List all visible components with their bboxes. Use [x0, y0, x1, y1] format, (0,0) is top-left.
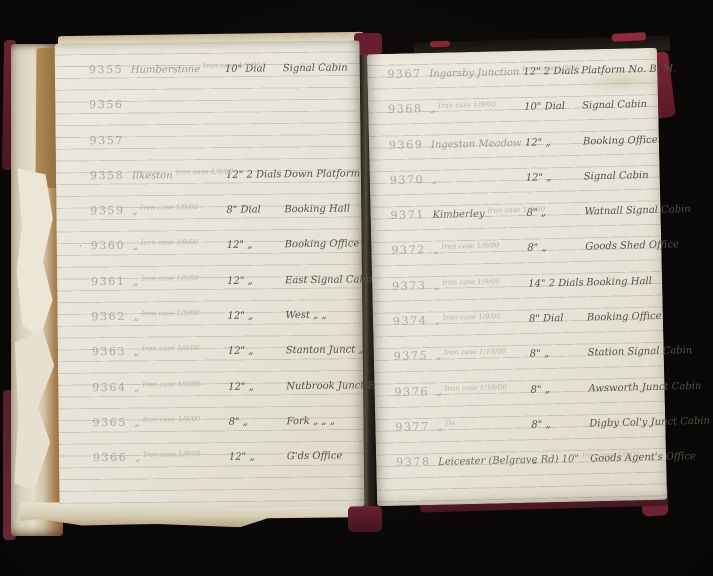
clock-number: 9360 [91, 239, 133, 252]
dial-size: 12" „ [525, 136, 583, 148]
station-name-cell: „Iron case 1/9/00 [435, 307, 529, 328]
dial-size [225, 107, 283, 108]
ledger-page-left: 9355 HumberstoneIron case 1/9/00 10" Dia… [55, 40, 365, 509]
station-name: Kimberley [432, 209, 484, 221]
station-name-cell: KimberleyIron case 1/9/00 [432, 201, 526, 222]
entry-note: Iron case 1/9/00 [141, 274, 199, 283]
dial-size: 12" „ [227, 310, 285, 322]
ledger-row: 9363 „Iron case 1/9/00 12" „ Stanton Jun… [58, 338, 363, 376]
clock-location: East Signal Cabin [285, 274, 376, 286]
ledger-row: 9366 „Iron case 1/9/00 12" „ G'ds Office [59, 444, 364, 482]
entry-note: Iron case 1/9/00 [176, 168, 234, 177]
clock-number: 9375 [394, 349, 436, 363]
station-name: „ [434, 281, 439, 292]
ledger-page-right: 9367 Ingarsby JunctionIron case 1/9/00 1… [367, 48, 667, 506]
clock-number: 9361 [91, 275, 133, 288]
dial-size: 8" „ [228, 416, 286, 428]
entry-note: Iron case 1/9/00 [142, 344, 200, 353]
dial-size: 12" 2 Dials [226, 169, 284, 181]
station-name-cell: „Iron case 1/9/00 [133, 304, 227, 324]
clock-number: 9356 [89, 98, 131, 111]
clock-location: Signal Cabin [584, 170, 660, 183]
dial-size: 10" Dial [524, 101, 582, 113]
entry-note: Do. [445, 419, 457, 427]
clock-location: Digby Col'y Junct Cabin [589, 416, 710, 430]
entry-note: Iron case 1/9/00 [438, 101, 496, 110]
entry-note: Iron case 1/9/00 [203, 61, 261, 70]
station-name: „ [430, 104, 435, 115]
dial-size: 8" „ [530, 383, 588, 395]
station-name-cell: Leicester (Belgrave Rd) 10"Iron case 1/9… [438, 448, 532, 469]
dial-size: 12" „ [227, 275, 285, 287]
station-name: „ [435, 316, 440, 327]
clock-location: West „ „ [285, 309, 362, 321]
clock-location: Down Platform [284, 168, 361, 180]
dial-size: 12" „ [228, 381, 286, 393]
station-name-cell: IlkestonIron case 1/9/00 [132, 163, 226, 183]
station-name: „ [432, 175, 437, 186]
station-name-cell: „Iron case 1/9/00 [430, 95, 524, 116]
clock-location: Goods Shed Office [585, 240, 679, 253]
clock-location [284, 141, 361, 142]
station-name-cell: „Iron case 1/9/00 [134, 339, 228, 359]
clock-number: 9374 [393, 314, 435, 328]
station-name-cell: „Iron case 1/9/00 [433, 236, 527, 257]
entry-note: Iron case 1/9/00 [582, 451, 640, 460]
clock-location: Watnall Signal Cabin [584, 204, 690, 217]
clock-number: 9369 [389, 138, 431, 152]
clock-number: 9367 [387, 67, 429, 81]
station-name: „ [437, 422, 442, 433]
ledger-row: 9365 „Iron case 1/9/00 8" „ Fork „ „ „ [58, 408, 363, 446]
clock-location: Stanton Junct „ [286, 345, 364, 357]
clock-location: Booking Hall [284, 204, 361, 216]
station-name-cell: „Iron case 1/9/00 [434, 272, 528, 293]
clock-number: 9364 [92, 380, 134, 393]
clock-number: 9376 [394, 385, 436, 399]
ledger-row: 9362 „Iron case 1/9/00 12" „ West „ „ [57, 302, 362, 340]
ledger-row: 9357 [55, 126, 360, 164]
clock-number: 9373 [392, 279, 434, 293]
clock-location: Platform No. B. M. [581, 63, 676, 76]
clock-location: Signal Cabin [283, 62, 360, 74]
dial-size: 8" Dial [529, 313, 587, 325]
station-name: „ [436, 386, 441, 397]
station-name-cell: „Iron case 1/9/00 [134, 374, 228, 394]
dial-size: 14" 2 Dials [528, 277, 586, 289]
station-name-cell: „Iron case 1/10/00 [436, 342, 530, 363]
station-name: „ [436, 351, 441, 362]
station-name: „ [433, 245, 438, 256]
dial-size: 8" „ [527, 242, 585, 254]
ledger-row: 9361 „Iron case 1/9/00 12" „ East Signal… [57, 267, 362, 305]
ledger-row: 9355 HumberstoneIron case 1/9/00 10" Dia… [55, 55, 360, 93]
clock-number: 9377 [395, 420, 437, 434]
book-spine-bottom [348, 506, 382, 532]
station-name: „ [135, 453, 140, 464]
station-name: „ [133, 241, 138, 252]
station-name-cell: HumberstoneIron case 1/9/00 [131, 57, 225, 77]
station-name-cell: „Do. [437, 413, 531, 434]
clock-number: 9370 [390, 173, 432, 187]
entry-note: Iron case 1/10/00 [445, 383, 507, 392]
station-name-cell: „Iron case 1/9/00 [133, 233, 227, 253]
entry-note: Iron case 1/9/00 [140, 203, 198, 212]
ledger-rows-right: 9367 Ingarsby JunctionIron case 1/9/00 1… [367, 57, 667, 487]
station-name: „ [132, 206, 137, 217]
station-name: „ [134, 418, 139, 429]
clock-location [283, 106, 360, 107]
station-name: „ [133, 312, 138, 323]
dial-size: 12" „ [526, 171, 584, 183]
ledger-row: · 9360 „Iron case 1/9/00 12" „ Booking O… [57, 232, 362, 270]
dial-size: 8" „ [530, 348, 588, 360]
entry-note: Iron case 1/9/00 [141, 239, 199, 248]
entry-note: Iron case 1/10/00 [444, 348, 506, 357]
clock-number: 9368 [388, 102, 430, 116]
row-mark: · [79, 242, 91, 253]
station-name: „ [134, 382, 139, 393]
clock-number: 9358 [90, 169, 132, 182]
entry-note: Iron case 1/9/00 [143, 415, 201, 424]
dial-size: 8" Dial [226, 204, 284, 216]
cover-fleck [430, 41, 450, 48]
clock-location: Booking Hall [586, 275, 662, 288]
dial-size: 12" „ [228, 346, 286, 358]
ledger-row: 9378 Leicester (Belgrave Rd) 10"Iron cas… [376, 445, 667, 487]
entry-note: Iron case 1/9/00 [443, 312, 501, 321]
clock-location: Fork „ „ „ [286, 415, 363, 427]
clock-number: 9372 [391, 243, 433, 257]
entry-note: Iron case 1/9/00 [142, 380, 200, 389]
entry-note: Iron case 1/9/00 [441, 242, 499, 251]
clock-location: Booking Office [587, 311, 663, 324]
clock-number: 9363 [92, 345, 134, 358]
station-name-cell: „Iron case 1/9/00 [134, 410, 228, 430]
station-name: „ [134, 347, 139, 358]
station-name-cell: „Iron case 1/9/00 [132, 198, 226, 218]
station-name-cell: „Iron case 1/9/00 [135, 445, 229, 465]
clock-location: G'ds Office [287, 451, 364, 463]
clock-location: Booking Office [285, 239, 362, 251]
station-name-cell: Ingeston Meadow [431, 130, 525, 151]
clock-number: 9359 [90, 204, 132, 217]
station-name-cell: „Iron case 1/9/00 [133, 269, 227, 289]
entry-note: Iron case 1/9/00 [487, 206, 545, 215]
clock-location: Awsworth Junct Cabin [588, 381, 701, 395]
ledger-row: 9358 IlkestonIron case 1/9/00 12" 2 Dial… [56, 161, 361, 199]
clock-location: Station Signal Cabin [588, 345, 693, 358]
ledger-row: 9359 „Iron case 1/9/00 8" Dial Booking H… [56, 197, 361, 235]
entry-note: Iron case 1/9/00 [442, 277, 500, 286]
clock-number: 9357 [90, 133, 132, 146]
ledger-row: 9356 [55, 91, 360, 129]
clock-number: 9362 [91, 310, 133, 323]
ledger-row: 9364 „Iron case 1/9/00 12" „ Nutbrook Ju… [58, 373, 363, 411]
entry-note: Iron case 1/9/00 [143, 450, 201, 459]
station-name-cell: „ [432, 166, 526, 187]
station-name-cell: Ingarsby JunctionIron case 1/9/00 [429, 60, 523, 81]
station-name-cell [131, 92, 225, 112]
station-name-cell: „Iron case 1/10/00 [436, 377, 530, 398]
station-name: Ingeston Meadow [431, 137, 522, 150]
station-name: Humberstone [131, 64, 200, 76]
station-name-cell [131, 127, 225, 147]
ledger-rows-left: 9355 HumberstoneIron case 1/9/00 10" Dia… [55, 55, 364, 482]
station-name: „ [133, 277, 138, 288]
station-name: Ingarsby Junction [429, 67, 519, 80]
clock-number: 9371 [390, 208, 432, 222]
clock-number: 9365 [92, 416, 134, 429]
clock-location: Booking Office [583, 134, 659, 147]
clock-number: 9355 [89, 63, 131, 76]
entry-note: Iron case 1/9/00 [522, 64, 580, 73]
clock-number: 9378 [396, 455, 438, 469]
station-name: Ilkeston [132, 170, 173, 181]
dial-size [226, 142, 284, 143]
entry-note: Iron case 1/9/00 [142, 309, 200, 318]
dial-size: 8" „ [531, 418, 589, 430]
clock-location: Signal Cabin [582, 99, 658, 112]
dial-size: 12" „ [229, 451, 287, 463]
dial-size: 12" „ [227, 240, 285, 252]
clock-number: 9366 [93, 451, 135, 464]
ledger-photo: 9355 HumberstoneIron case 1/9/00 10" Dia… [0, 0, 713, 576]
